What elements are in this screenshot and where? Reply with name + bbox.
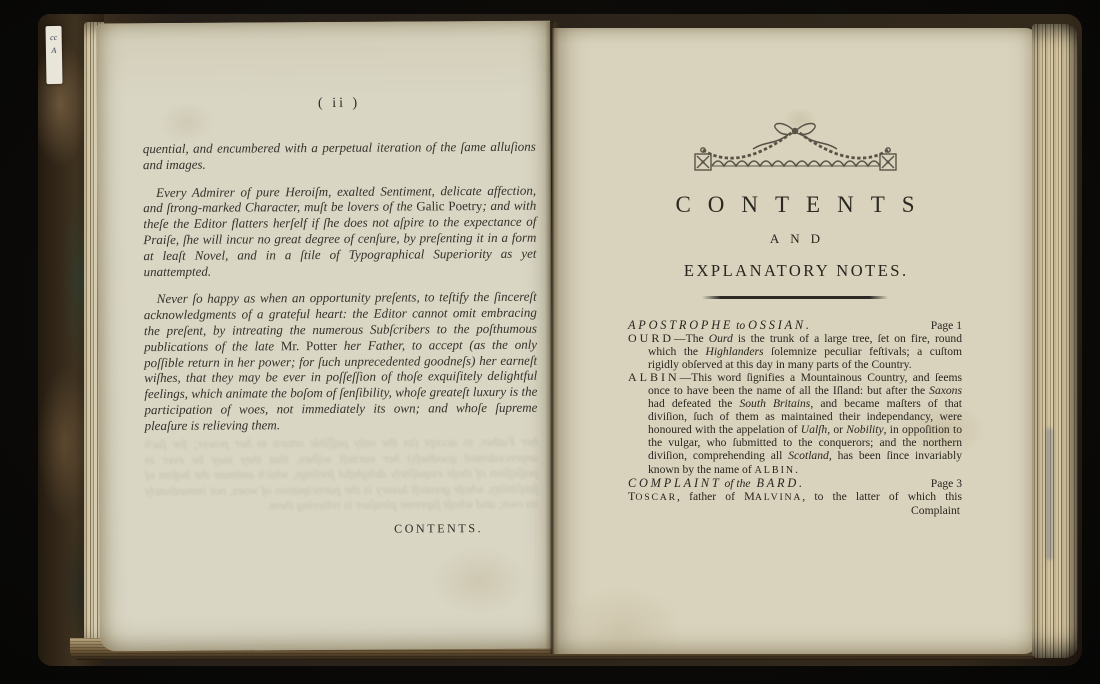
italic-term: Ourd [709,332,733,345]
entry-heading: COMPLAINT of the BARD. [628,477,805,490]
and-label: AND [628,231,962,247]
shelf-label-line: cc [50,31,57,44]
italic-term: Saxons [929,384,962,397]
entry-word: COMPLAINT [628,476,722,490]
entry-word: BARD. [756,476,805,490]
photograph-background: ( ii ) quential, and encumbered with a p… [0,0,1100,684]
page-reference: Page 1 [931,319,962,332]
small-caps-initial: M [744,489,755,503]
italic-term: South Britains [739,397,810,410]
italic-term: Ualſh [801,423,827,436]
right-page: CONTENTS AND EXPLANATORY NOTES. APOSTROP… [552,28,1036,654]
paragraph-text: quential, and encumbered with a perpetua… [143,139,536,172]
ornament-strokes [695,124,896,171]
left-page-text: quential, and encumbered with a perpetua… [143,139,538,434]
gutter-shadow [545,22,559,654]
roman-phrase: Mr. Potter [281,338,337,353]
explanatory-notes-title: EXPLANATORY NOTES. [628,261,962,281]
page-number-folio: ( ii ) [143,95,536,113]
note-albin: ALBIN—This word ſignifies a Mountainous … [628,371,962,477]
roman-phrase: Galic Poetry [416,198,482,213]
entry-word: OSSIAN. [748,318,812,332]
left-page-catchword: CONTENTS. [394,521,483,537]
note-text: , to the latter of which this [802,490,962,503]
note-text: , father of [677,490,744,503]
small-caps-term: OSCAR [635,492,677,503]
entry-word: APOSTROPHE [628,318,733,332]
title-rule [702,296,888,299]
contents-entries: APOSTROPHE toOSSIAN. Page 1 OURD—The Our… [628,319,962,517]
fore-edge-page-stack [1032,24,1078,658]
page-reference: Page 3 [931,477,962,490]
italic-term: Scotland [788,449,829,462]
right-page-catchword: Complaint [628,504,962,517]
shelf-label: cc A [45,26,62,84]
italic-term: Highlanders [706,345,764,358]
paragraph-never-so-happy: Never ſo happy as when an opportunity pr… [144,289,538,434]
entry-complaint-of-the-bard: COMPLAINT of the BARD. Page 3 [628,477,962,490]
note-ourd: OURD—The Ourd is the trunk of a large tr… [628,332,962,371]
note-toscar: TOSCAR, father of MALVINA, to the latter… [628,490,962,504]
note-text: . [795,463,798,476]
shelf-label-line: A [51,44,56,57]
fore-edge-ink-mark [1046,428,1053,560]
note-headword: ALBIN [628,370,680,384]
left-page: ( ii ) quential, and encumbered with a p… [96,21,554,652]
small-caps-term: ALVINA [755,492,802,503]
entry-connector: to [736,319,745,332]
contents-title: CONTENTS [628,192,962,218]
note-text: had defeated the [648,397,739,410]
right-page-column: CONTENTS AND EXPLANATORY NOTES. APOSTROP… [628,28,962,517]
headpiece-ornament [693,118,898,176]
entry-connector: of the [724,477,750,490]
note-text: , or [827,423,846,436]
paragraph-continuation: quential, and encumbered with a perpetua… [143,139,536,173]
paragraph-admirer: Every Admirer of pure Heroiſm, exalted S… [143,182,537,279]
note-headword: OURD [628,331,674,345]
entry-apostrophe-to-ossian: APOSTROPHE toOSSIAN. Page 1 [628,319,962,332]
note-text: —This word ſignifies a Mountainous Count… [648,371,962,397]
small-caps-term: ALBIN [755,465,796,476]
note-text: —The [674,332,709,345]
italic-term: Nobility [846,423,883,436]
